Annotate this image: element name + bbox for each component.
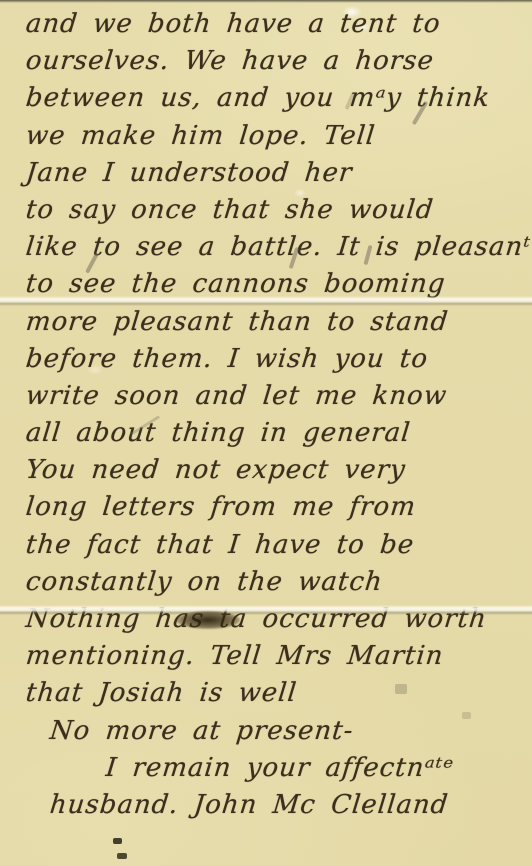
- letter-line: the fact that I have to be: [24, 527, 530, 564]
- letter-line: before them. I wish you to: [24, 341, 530, 378]
- letter-line: constantly on the watch: [24, 564, 530, 601]
- letter-line: more pleasant than to stand: [24, 304, 530, 341]
- paper-speck: [117, 853, 127, 859]
- letter-line: all about thing in general: [24, 415, 530, 452]
- letter-line: to see the cannons booming: [24, 266, 530, 303]
- letter-line: to say once that she would: [24, 192, 530, 229]
- letter-line: No more at present-: [24, 713, 530, 750]
- letter-line: You need not expect very: [24, 452, 530, 489]
- paper-speck: [113, 838, 122, 844]
- letter-line: and we both have a tent to: [24, 6, 530, 43]
- letter-line: like to see a battle. It is pleasanᵗ: [24, 229, 530, 266]
- letter-line: Jane I understood her: [24, 155, 530, 192]
- letter-page: and we both have a tent toourselves. We …: [0, 0, 532, 866]
- letter-line: long letters from me from: [24, 489, 530, 526]
- ink-blot: [176, 611, 240, 629]
- letter-line: ourselves. We have a horse: [24, 43, 530, 80]
- letter-line: Nothing has ta occurred worth: [24, 601, 530, 638]
- letter-line: mentioning. Tell Mrs Martin: [24, 638, 530, 675]
- letter-line: husband. John Mc Clelland: [24, 787, 530, 824]
- letter-line: write soon and let me know: [24, 378, 530, 415]
- letter-line: we make him lope. Tell: [24, 118, 530, 155]
- letter-line: between us, and you mᵃy think: [24, 80, 530, 117]
- scan-edge: [0, 0, 532, 3]
- letter-line: I remain your affectnᵃᵗᵉ: [24, 750, 530, 787]
- letter-lines: and we both have a tent toourselves. We …: [24, 6, 526, 824]
- letter-line: that Josiah is well: [24, 675, 530, 712]
